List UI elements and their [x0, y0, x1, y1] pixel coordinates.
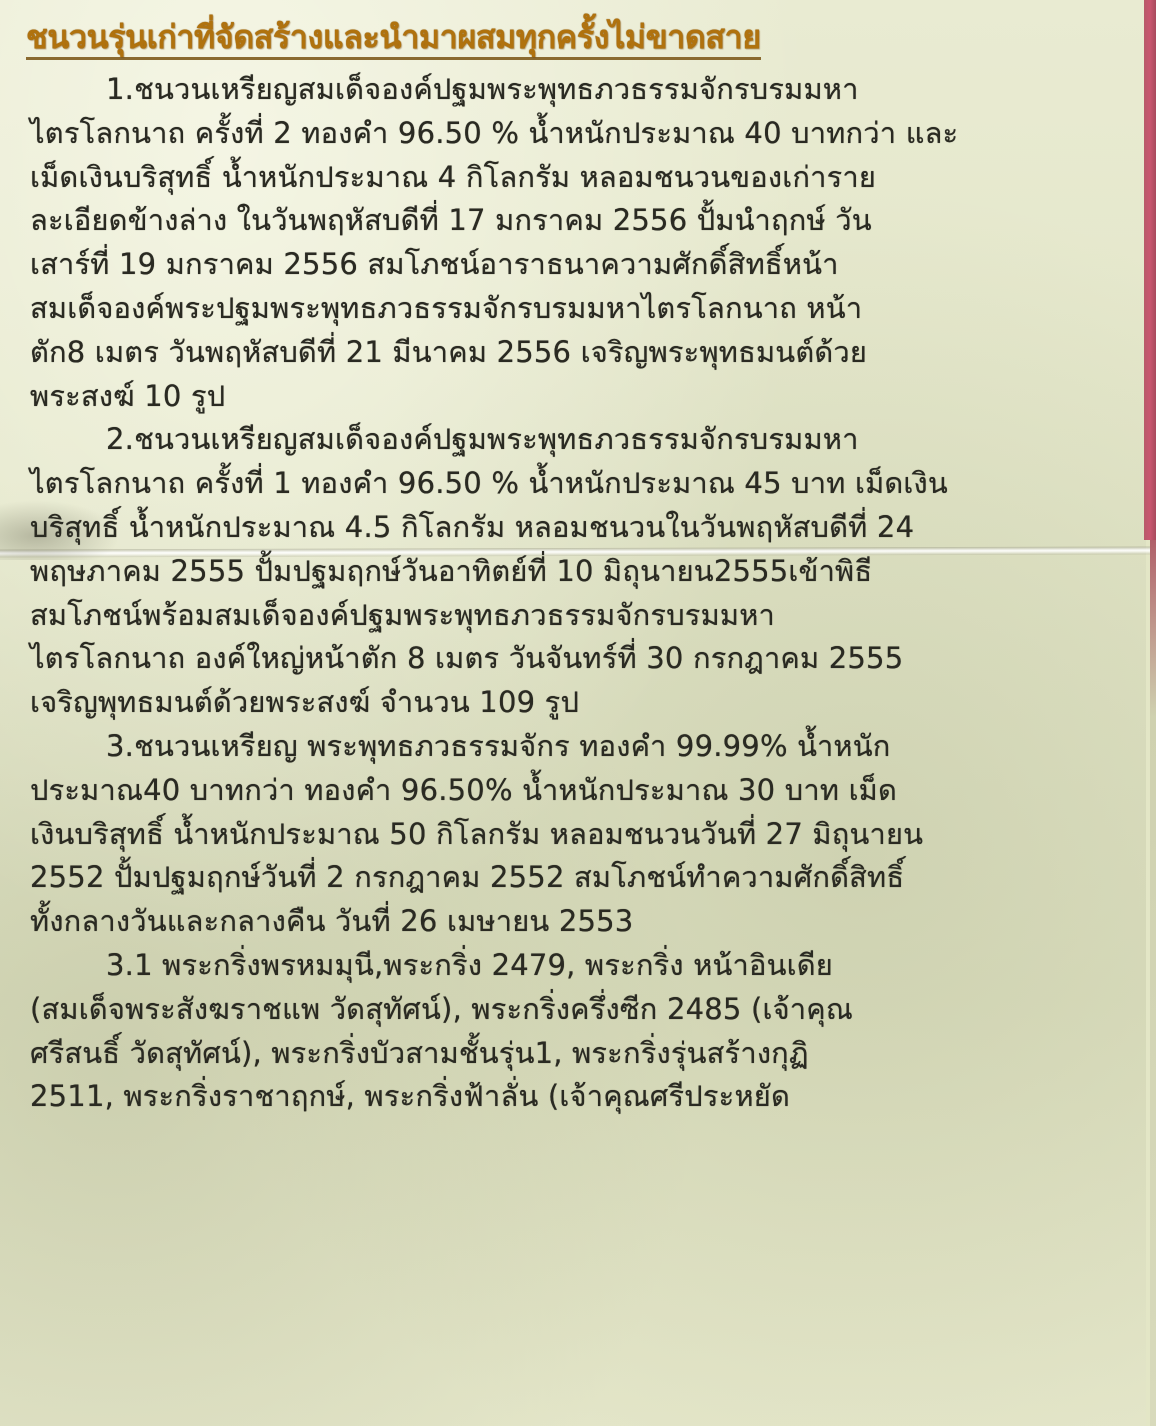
paragraph-start-line: 3.ชนวนเหรียญ พระพุทธภวธรรมจักร ทองคำ 99.…	[30, 725, 1100, 769]
paragraph-start-line: 1.ชนวนเหรียญสมเด็จองค์ปฐมพระพุทธภวธรรมจั…	[30, 68, 1100, 112]
text-line: สมโภชน์พร้อมสมเด็จองค์ปฐมพระพุทธภวธรรมจั…	[30, 594, 1100, 638]
text-line: พระสงฆ์ 10 รูป	[30, 375, 1100, 419]
text-line: ไตรโลกนาถ องค์ใหญ่หน้าตัก 8 เมตร วันจันท…	[30, 637, 1100, 681]
text-line: ทั้งกลางวันและกลางคืน วันที่ 26 เมษายน 2…	[30, 900, 1100, 944]
text-line: 2511, พระกริ่งราชาฤกษ์, พระกริ่งฟ้าลั่น …	[30, 1075, 1100, 1119]
document-body: 1.ชนวนเหรียญสมเด็จองค์ปฐมพระพุทธภวธรรมจั…	[30, 68, 1100, 1119]
text-line: 2552 ปั้มปฐมฤกษ์วันที่ 2 กรกฎาคม 2552 สม…	[30, 856, 1100, 900]
paper-edge-shadow	[1150, 540, 1156, 1426]
text-line: เม็ดเงินบริสุทธิ์ น้ำหนักประมาณ 4 กิโลกร…	[30, 156, 1100, 200]
text-line: เจริญพุทธมนต์ด้วยพระสงฆ์ จำนวน 109 รูป	[30, 681, 1100, 725]
text-line: (สมเด็จพระสังฆราชแพ วัดสุทัศน์), พระกริ่…	[30, 988, 1100, 1032]
text-line: ไตรโลกนาถ ครั้งที่ 2 ทองคำ 96.50 % น้ำหน…	[30, 112, 1100, 156]
paragraph-start-line: 2.ชนวนเหรียญสมเด็จองค์ปฐมพระพุทธภวธรรมจั…	[30, 418, 1100, 462]
text-line: ศรีสนธิ์ วัดสุทัศน์), พระกริ่งบัวสามชั้น…	[30, 1032, 1100, 1076]
text-line: เสาร์ที่ 19 มกราคม 2556 สมโภชน์อาราธนาคว…	[30, 243, 1100, 287]
paragraph-start-line: 3.1 พระกริ่งพรหมมุนี,พระกริ่ง 2479, พระก…	[30, 944, 1100, 988]
red-background-edge	[1144, 0, 1156, 540]
text-line: ประมาณ40 บาทกว่า ทองคำ 96.50% น้ำหนักประ…	[30, 769, 1100, 813]
document-heading: ชนวนรุ่นเก่าที่จัดสร้างและนำมาผสมทุกครั้…	[26, 18, 761, 60]
text-line: ตัก8 เมตร วันพฤหัสบดีที่ 21 มีนาคม 2556 …	[30, 331, 1100, 375]
text-line: สมเด็จองค์พระปฐมพระพุทธภวธรรมจักรบรมมหาไ…	[30, 287, 1100, 331]
text-line: บริสุทธิ์ น้ำหนักประมาณ 4.5 กิโลกรัม หลอ…	[30, 506, 1100, 550]
text-line: ละเอียดข้างล่าง ในวันพฤหัสบดีที่ 17 มกรา…	[30, 199, 1100, 243]
text-line: ไตรโลกนาถ ครั้งที่ 1 ทองคำ 96.50 % น้ำหน…	[30, 462, 1100, 506]
text-line: เงินบริสุทธิ์ น้ำหนักประมาณ 50 กิโลกรัม …	[30, 813, 1100, 857]
text-line: พฤษภาคม 2555 ปั้มปฐมฤกษ์วันอาทิตย์ที่ 10…	[30, 550, 1100, 594]
